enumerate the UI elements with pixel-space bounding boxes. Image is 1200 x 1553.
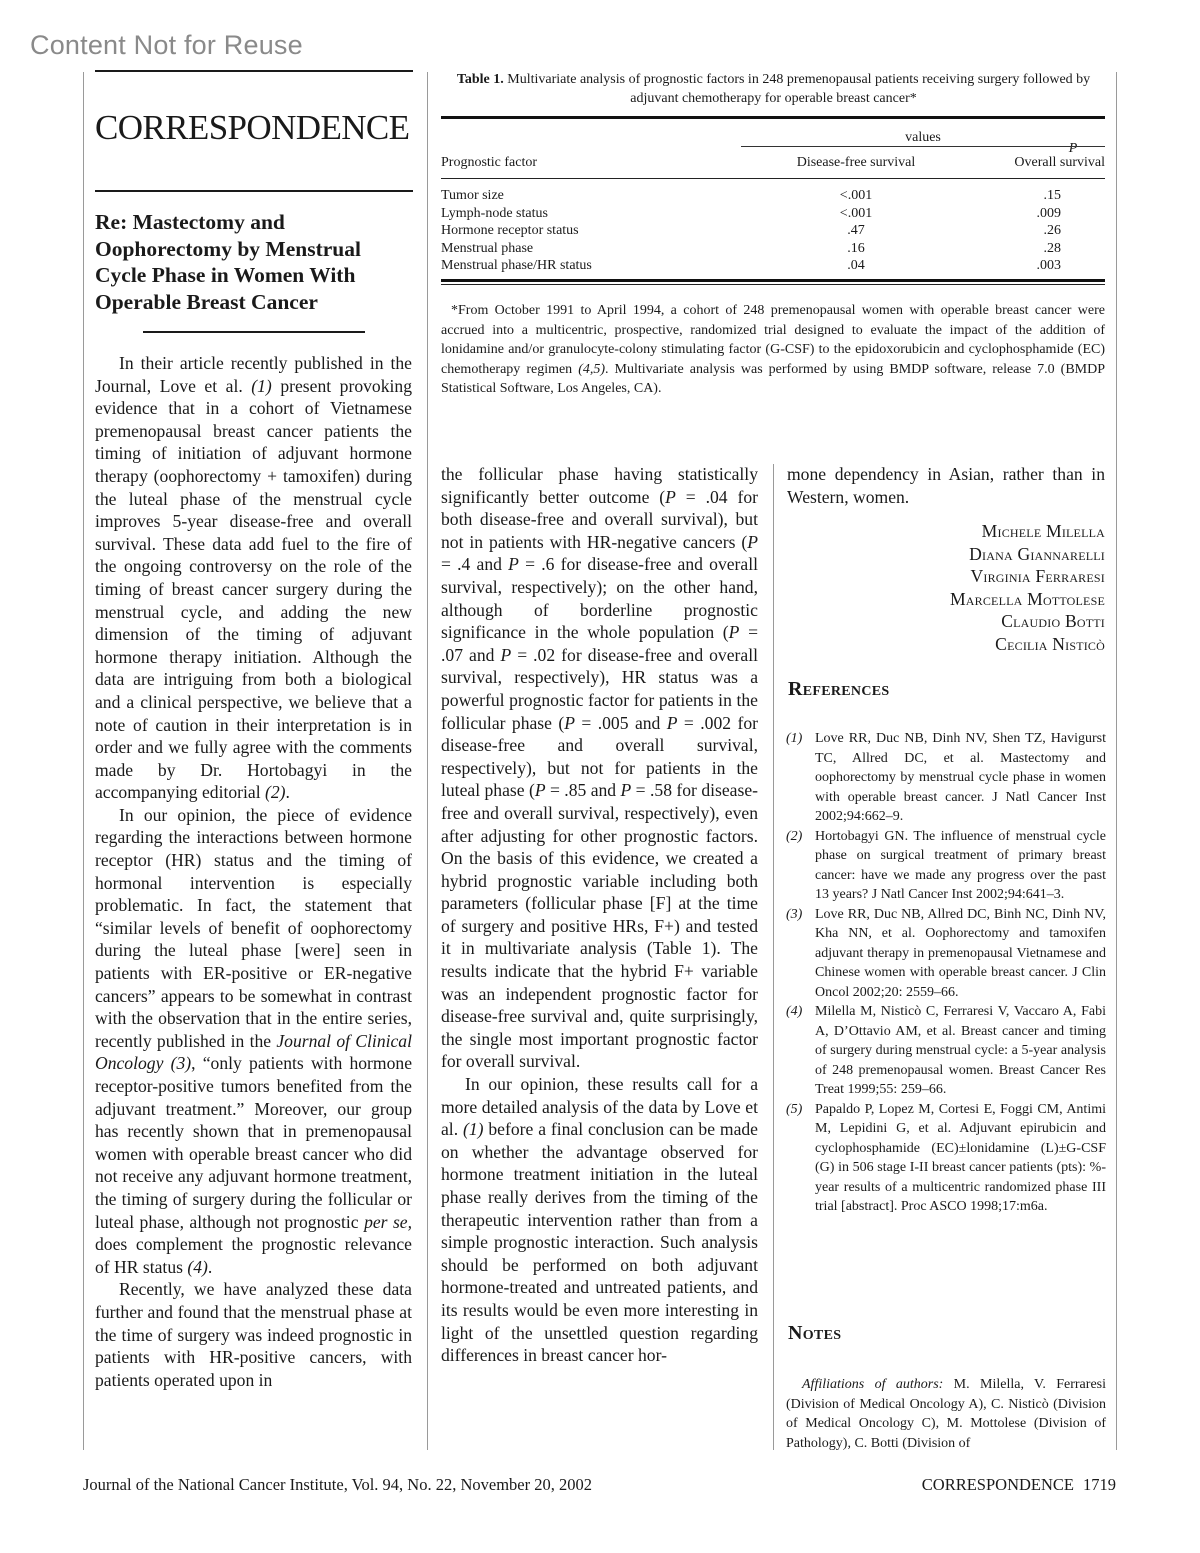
reference-item: (1)Love RR, Duc NB, Dinh NV, Shen TZ, Ha… bbox=[786, 729, 1106, 827]
table-label: Table 1. bbox=[457, 72, 504, 87]
left-margin-rule bbox=[83, 72, 84, 1450]
table-row: Tumor size<.001.15 bbox=[441, 187, 1105, 205]
footer-section: CORRESPONDENCE bbox=[922, 1475, 1074, 1494]
reference-list: (1)Love RR, Duc NB, Dinh NV, Shen TZ, Ha… bbox=[786, 729, 1106, 1217]
table-row: Menstrual phase/HR status.04.003 bbox=[441, 257, 1105, 275]
paragraph: Recently, we have analyzed these data fu… bbox=[95, 1278, 412, 1391]
article-title: Re: Mastectomy and Oophorectomy by Menst… bbox=[95, 209, 413, 315]
right-column-body: mone dependency in Asian, rather than in… bbox=[787, 463, 1105, 508]
paragraph: In our opinion, these results call for a… bbox=[441, 1073, 758, 1367]
top-rule bbox=[95, 70, 413, 72]
reference-item: (4)Milella M, Nisticò C, Ferraresi V, Va… bbox=[786, 1002, 1106, 1100]
author-name: Michele Milella bbox=[786, 520, 1105, 543]
p-values-group-header: P values bbox=[441, 119, 1105, 147]
author-name: Cecilia Nisticò bbox=[786, 633, 1105, 656]
citation-link[interactable]: (1) bbox=[251, 376, 272, 396]
citation-link[interactable]: (2) bbox=[265, 782, 286, 802]
paragraph: the follicular phase having statisticall… bbox=[441, 463, 758, 1073]
table-row: Hormone receptor status.47.26 bbox=[441, 222, 1105, 240]
title-underline bbox=[143, 331, 365, 333]
citation-link[interactable]: (3) bbox=[171, 1053, 192, 1073]
column-header: Disease-free survival bbox=[741, 155, 971, 171]
author-name: Virginia Ferraresi bbox=[786, 565, 1105, 588]
author-name: Claudio Botti bbox=[786, 610, 1105, 633]
references-heading: References bbox=[788, 678, 889, 701]
reference-item: (3)Love RR, Duc NB, Allred DC, Binh NC, … bbox=[786, 905, 1106, 1003]
section-heading: CORRESPONDENCE bbox=[95, 110, 413, 145]
paragraph: In our opinion, the piece of evidence re… bbox=[95, 804, 412, 1278]
footer-page-info: CORRESPONDENCE1719 bbox=[922, 1475, 1116, 1495]
results-table: P values Prognostic factor Disease-free … bbox=[441, 116, 1105, 285]
middle-column-body: the follicular phase having statisticall… bbox=[441, 463, 758, 1367]
citation-link[interactable]: (1) bbox=[463, 1119, 484, 1139]
table-row: Menstrual phase.16.28 bbox=[441, 240, 1105, 258]
citation-link[interactable]: (4) bbox=[187, 1257, 208, 1277]
reference-item: (5)Papaldo P, Lopez M, Cortesi E, Foggi … bbox=[786, 1100, 1106, 1217]
notes-heading: Notes bbox=[788, 1322, 841, 1345]
table-header-row: Prognostic factor Disease-free survival … bbox=[441, 147, 1105, 178]
table-footnote: *From October 1991 to April 1994, a coho… bbox=[441, 301, 1105, 399]
affiliations-label: Affiliations of authors: bbox=[802, 1377, 943, 1392]
paragraph: mone dependency in Asian, rather than in… bbox=[787, 463, 1105, 508]
left-column-body: In their article recently published in t… bbox=[95, 352, 412, 1391]
author-signatures: Michele Milella Diana Giannarelli Virgin… bbox=[786, 520, 1105, 656]
notes-body: Affiliations of authors: M. Milella, V. … bbox=[786, 1375, 1106, 1453]
paragraph: In their article recently published in t… bbox=[95, 352, 412, 804]
heading-rule bbox=[95, 190, 413, 192]
author-name: Marcella Mottolese bbox=[786, 588, 1105, 611]
column-rule-1 bbox=[427, 72, 428, 1450]
column-rule-2 bbox=[773, 464, 774, 1450]
reference-item: (2)Hortobagyi GN. The influence of menst… bbox=[786, 827, 1106, 905]
citation-link[interactable]: (4,5) bbox=[578, 362, 605, 377]
author-name: Diana Giannarelli bbox=[786, 543, 1105, 566]
column-header: Prognostic factor bbox=[441, 155, 741, 171]
page-number: 1719 bbox=[1083, 1475, 1116, 1494]
table-row: Lymph-node status<.001.009 bbox=[441, 205, 1105, 223]
table-caption: Table 1. Multivariate analysis of progno… bbox=[441, 70, 1106, 108]
watermark: Content Not for Reuse bbox=[30, 30, 303, 61]
footer-journal-info: Journal of the National Cancer Institute… bbox=[83, 1475, 592, 1495]
right-margin-rule bbox=[1116, 72, 1117, 1450]
